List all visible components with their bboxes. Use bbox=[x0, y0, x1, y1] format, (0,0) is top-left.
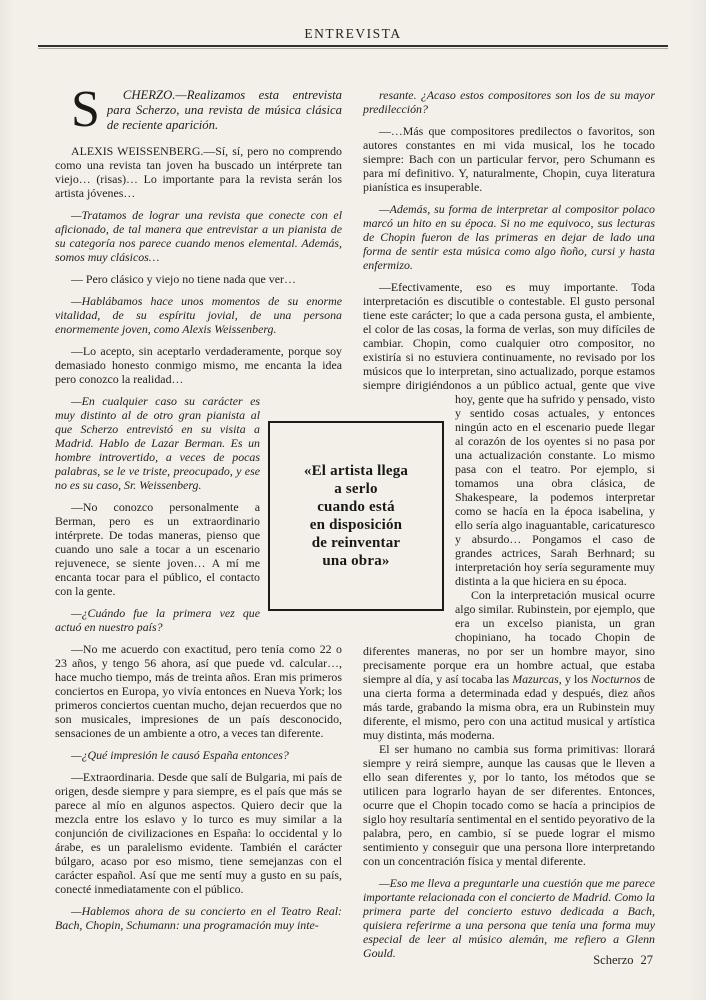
magazine-name: Scherzo bbox=[593, 953, 633, 967]
interviewee-answer: —Extraordinaria. Desde que salí de Bulga… bbox=[55, 770, 342, 896]
work-title: Nocturnos bbox=[591, 672, 641, 686]
interviewer-question-continued: resante. ¿Acaso estos compositores son l… bbox=[363, 88, 655, 116]
drop-cap: S bbox=[55, 88, 107, 130]
answer-text: , y los bbox=[559, 672, 591, 686]
lead-paragraph: SCHERZO.—Realizamos esta entrevista para… bbox=[55, 88, 342, 133]
interviewer-question: —Además, su forma de interpretar al comp… bbox=[363, 202, 655, 272]
work-title: Mazurcas bbox=[512, 672, 558, 686]
section-header: ENTREVISTA bbox=[0, 26, 706, 42]
interviewee-answer: —…Más que compositores predilectos o fav… bbox=[363, 124, 655, 194]
pull-quote-box: «El artista llega a serlo cuando está en… bbox=[268, 421, 444, 611]
interviewee-answer: — Pero clásico y viejo no tiene nada que… bbox=[55, 272, 342, 286]
interviewee-answer: El ser humano no cambia sus forma primit… bbox=[363, 742, 655, 868]
interviewer-question: —Eso me lleva a preguntarle una cuestión… bbox=[363, 876, 655, 960]
magazine-page: ENTREVISTA SCHERZO.—Realizamos esta entr… bbox=[0, 0, 706, 1000]
answer-text: —Efectivamente, eso es muy importante. T… bbox=[363, 280, 655, 406]
interviewer-question: —Hablemos ahora de su concierto en el Te… bbox=[55, 904, 342, 932]
interviewee-answer: —No me acuerdo con exactitud, pero tenía… bbox=[55, 642, 342, 740]
pull-quote-text: «El artista llega a serlo cuando está en… bbox=[304, 462, 408, 570]
interviewer-question: —Tratamos de lograr una revista que cone… bbox=[55, 208, 342, 264]
interviewer-question: —Hablábamos hace unos momentos de su eno… bbox=[55, 294, 342, 336]
interviewee-answer: —Lo acepto, sin aceptarlo verdaderamente… bbox=[55, 344, 342, 386]
page-footer: Scherzo27 bbox=[593, 953, 653, 968]
interviewee-answer: ALEXIS WEISSENBERG.—Sí, sí, pero no comp… bbox=[55, 144, 342, 200]
lead-text: CHERZO.—Realizamos esta entrevista para … bbox=[107, 88, 342, 132]
answer-text: y pensado, visto y sentido cosas actuale… bbox=[455, 392, 655, 588]
interviewer-question: —¿Qué impresión le causó España entonces… bbox=[55, 748, 342, 762]
page-number: 27 bbox=[641, 953, 654, 967]
header-rule bbox=[38, 45, 668, 49]
